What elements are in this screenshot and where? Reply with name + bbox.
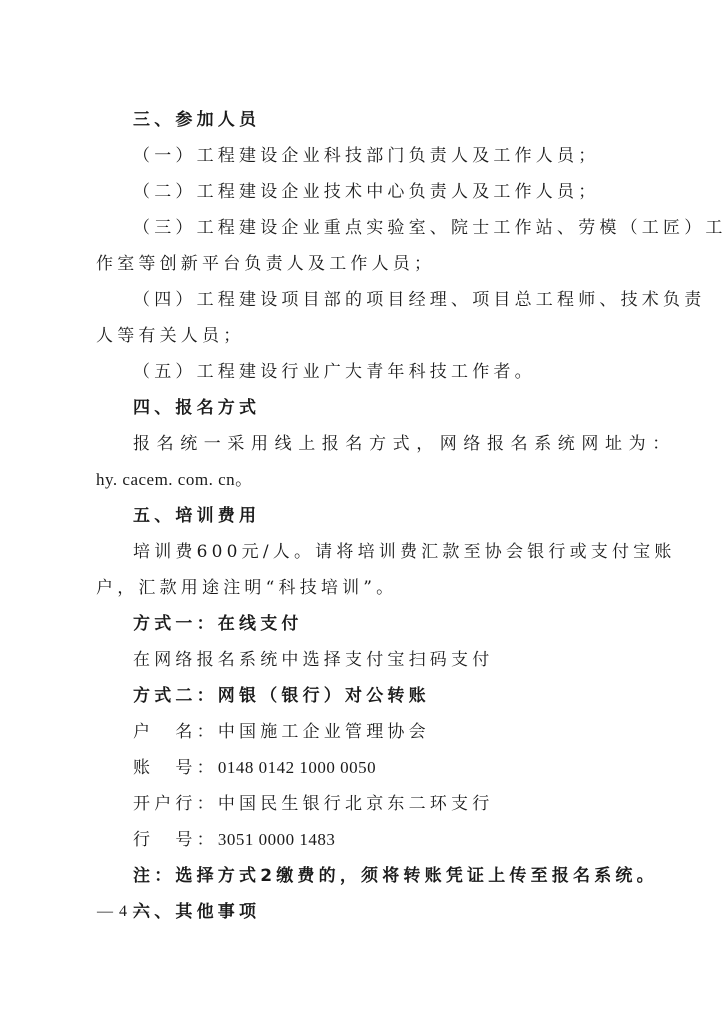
bank-code-row: 行 号：3051 0000 1483 <box>96 822 628 858</box>
participant-item-5: （五）工程建设行业广大青年科技工作者。 <box>96 354 628 390</box>
participant-item-2: （二）工程建设企业技术中心负责人及工作人员； <box>96 174 628 210</box>
payment-method-2-heading: 方式二：网银（银行）对公转账 <box>96 678 628 714</box>
participant-item-3: （三）工程建设企业重点实验室、院士工作站、劳模（工匠）工 <box>96 210 628 246</box>
section-heading-participants: 三、参加人员 <box>96 102 628 138</box>
document-page: 三、参加人员 （一）工程建设企业科技部门负责人及工作人员； （二）工程建设企业技… <box>96 102 628 930</box>
bank-row: 开户行：中国民生银行北京东二环支行 <box>96 786 628 822</box>
payment-note: 注：选择方式2缴费的，须将转账凭证上传至报名系统。 <box>96 858 628 894</box>
account-name-label: 户 名： <box>133 714 218 750</box>
registration-url: hy. cacem. com. cn。 <box>96 462 628 498</box>
page-number: — 4 — <box>97 898 150 926</box>
fee-text-1: 培训费600元/人。请将培训费汇款至协会银行或支付宝账 <box>96 534 628 570</box>
section-heading-fees: 五、培训费用 <box>96 498 628 534</box>
registration-text: 报名统一采用线上报名方式，网络报名系统网址为： <box>96 426 628 462</box>
section-heading-other: 六、其他事项 <box>96 894 628 930</box>
payment-method-1-heading: 方式一：在线支付 <box>96 606 628 642</box>
participant-item-3-cont: 作室等创新平台负责人及工作人员； <box>96 246 628 282</box>
account-number-row: 账 号：0148 0142 1000 0050 <box>96 750 628 786</box>
account-number-label: 账 号： <box>133 750 218 786</box>
payment-method-1-text: 在网络报名系统中选择支付宝扫码支付 <box>96 642 628 678</box>
bank-code-label: 行 号： <box>133 822 218 858</box>
bank-code-value: 3051 0000 1483 <box>218 830 336 849</box>
account-name-row: 户 名：中国施工企业管理协会 <box>96 714 628 750</box>
account-number-value: 0148 0142 1000 0050 <box>218 758 376 777</box>
account-name-value: 中国施工企业管理协会 <box>218 722 430 742</box>
fee-text-2: 户，汇款用途注明“科技培训”。 <box>96 570 628 606</box>
bank-value: 中国民生银行北京东二环支行 <box>218 794 494 814</box>
participant-item-4: （四）工程建设项目部的项目经理、项目总工程师、技术负责 <box>96 282 628 318</box>
participant-item-4-cont: 人等有关人员； <box>96 318 628 354</box>
participant-item-1: （一）工程建设企业科技部门负责人及工作人员； <box>96 138 628 174</box>
section-heading-registration: 四、报名方式 <box>96 390 628 426</box>
bank-label: 开户行： <box>133 786 218 822</box>
